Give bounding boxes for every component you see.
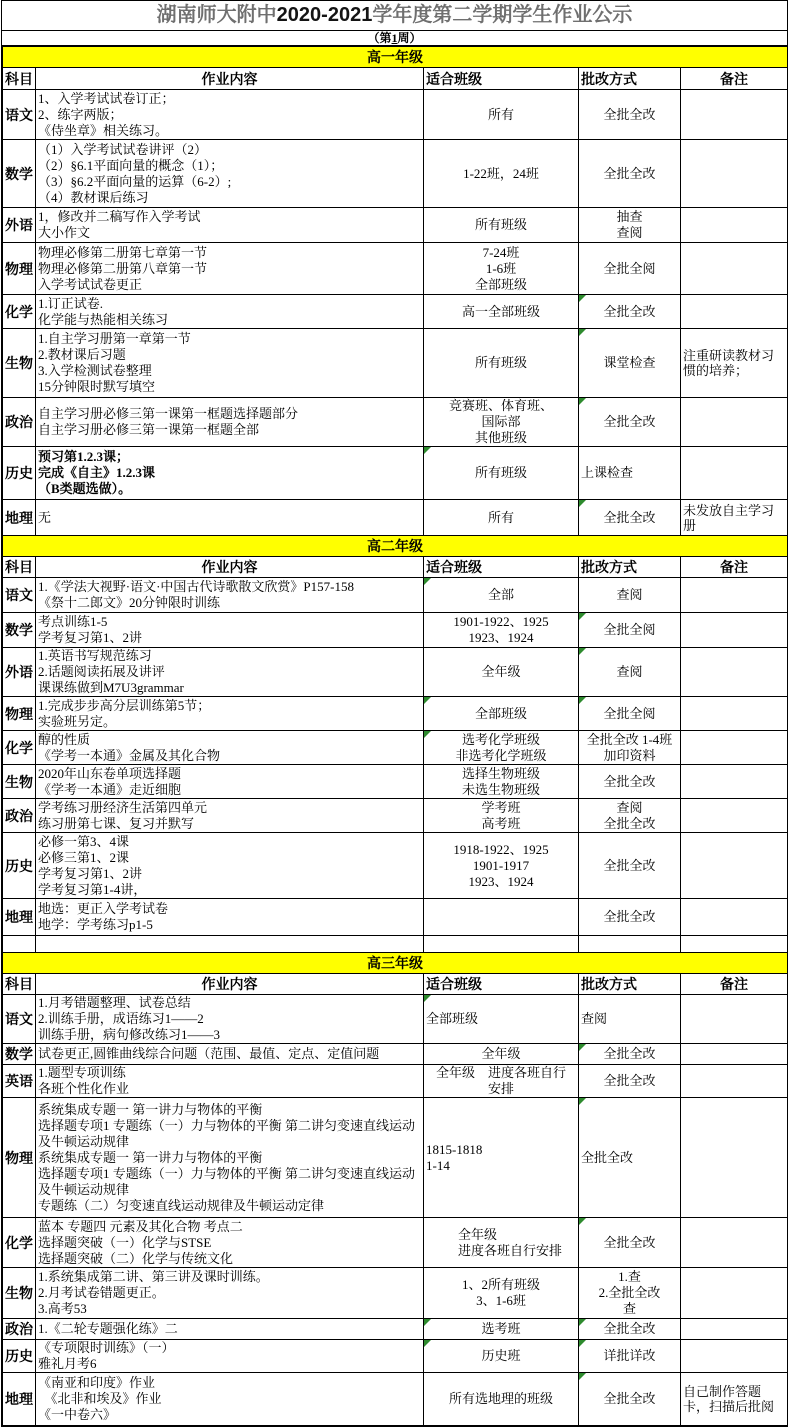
cell-flag-triangle-icon bbox=[579, 697, 586, 704]
applicable-classes-cell: 全年级 进度各班自行 安排 bbox=[424, 1065, 579, 1098]
column-header-grading: 批改方式 bbox=[579, 68, 681, 90]
applicable-classes-cell: 全部班级 bbox=[424, 995, 579, 1044]
homework-content-cell: （1）入学考试试卷讲评（2） （2）§6.1平面向量的概念（1）； （3）§6.… bbox=[36, 140, 424, 208]
grading-method-cell: 全批全改 bbox=[579, 90, 681, 140]
applicable-classes-cell: 1901-1922、1925 1923、1924 bbox=[424, 613, 579, 648]
remark-cell bbox=[681, 648, 788, 697]
table-row: 物理系统集成专题一 第一讲力与物体的平衡 选择题专项1 专题练（一）力与物体的平… bbox=[3, 1098, 788, 1218]
grading-method-cell: 课堂检查 bbox=[579, 329, 681, 398]
table-row: 语文1、入学考试试卷订正； 2、练字两版； 《侍坐章》相关练习。所有全批全改 bbox=[3, 90, 788, 140]
table-row: 生物1.自主学习册第一章第一节 2.教材课后习题 3.入学检测试卷整理 15分钟… bbox=[3, 329, 788, 398]
cell-flag-triangle-icon bbox=[579, 1319, 586, 1326]
cell-flag-triangle-icon bbox=[579, 500, 586, 507]
homework-content-cell: 自主学习册必修三第一课第一框题选择题部分 自主学习册必修三第一课第一框题全部 bbox=[36, 398, 424, 447]
homework-content-cell: 1.订正试卷. 化学能与热能相关练习 bbox=[36, 295, 424, 329]
applicable-classes-cell: 历史班 bbox=[424, 1340, 579, 1373]
homework-content-cell: 1.题型专项训练 各班个性化作业 bbox=[36, 1065, 424, 1098]
column-header-subject: 科目 bbox=[3, 974, 36, 995]
subject-cell: 化学 bbox=[3, 1218, 36, 1268]
subject-cell: 外语 bbox=[3, 208, 36, 243]
subject-cell: 生物 bbox=[3, 329, 36, 398]
applicable-classes-cell: 选择生物班级 未选生物班级 bbox=[424, 765, 579, 799]
grading-method-cell: 全批全改 bbox=[579, 1098, 681, 1218]
remark-cell bbox=[681, 90, 788, 140]
applicable-classes-cell: 所有班级 bbox=[424, 447, 579, 500]
grading-method-cell: 全批全改 bbox=[579, 1065, 681, 1098]
remark-cell bbox=[681, 1044, 788, 1065]
remark-cell bbox=[681, 1340, 788, 1373]
grading-method-cell: 上课检查 bbox=[579, 447, 681, 500]
subject-cell: 地理 bbox=[3, 1373, 36, 1426]
applicable-classes-cell: 全年级 bbox=[424, 648, 579, 697]
title-year: 2020-2021 bbox=[277, 4, 373, 26]
applicable-classes-cell: 1918-1922、1925 1901-1917 1923、1924 bbox=[424, 833, 579, 899]
homework-content-cell: 1.《二轮专题强化练》二 bbox=[36, 1319, 424, 1340]
grading-method-cell: 详批详改 bbox=[579, 1340, 681, 1373]
subject-cell: 生物 bbox=[3, 1268, 36, 1319]
grading-method-cell: 查阅 bbox=[579, 995, 681, 1044]
grading-method-cell: 全批全改 bbox=[579, 1218, 681, 1268]
subject-cell bbox=[3, 936, 36, 953]
subject-cell: 数学 bbox=[3, 613, 36, 648]
remark-cell bbox=[681, 995, 788, 1044]
column-header-classes: 适合班级 bbox=[424, 68, 579, 90]
grading-method-cell: 全批全改 bbox=[579, 295, 681, 329]
table-row: 政治自主学习册必修三第一课第一框题选择题部分 自主学习册必修三第一课第一框题全部… bbox=[3, 398, 788, 447]
homework-content-cell: 物理必修第二册第七章第一节 物理必修第二册第八章第一节 入学考试试卷更正 bbox=[36, 243, 424, 295]
column-header-classes: 适合班级 bbox=[424, 557, 579, 578]
remark-cell bbox=[681, 295, 788, 329]
grading-method-cell: 全批全改 bbox=[579, 1319, 681, 1340]
subject-cell: 语文 bbox=[3, 995, 36, 1044]
table-row: 化学1.订正试卷. 化学能与热能相关练习高一全部班级全批全改 bbox=[3, 295, 788, 329]
applicable-classes-cell: 所有 bbox=[424, 90, 579, 140]
section-title: 高三年级 bbox=[3, 953, 788, 974]
homework-content-cell: 无 bbox=[36, 500, 424, 536]
homework-content-cell: 系统集成专题一 第一讲力与物体的平衡 选择题专项1 专题练（一）力与物体的平衡 … bbox=[36, 1098, 424, 1218]
cell-flag-triangle-icon bbox=[579, 1044, 586, 1051]
subject-cell: 政治 bbox=[3, 398, 36, 447]
grading-method-cell: 全批全改 bbox=[579, 398, 681, 447]
applicable-classes-cell: 所有班级 bbox=[424, 208, 579, 243]
cell-flag-triangle-icon bbox=[579, 613, 586, 620]
table-row: 英语1.题型专项训练 各班个性化作业全年级 进度各班自行 安排全批全改 bbox=[3, 1065, 788, 1098]
subject-cell: 外语 bbox=[3, 648, 36, 697]
homework-content-cell: 1、入学考试试卷订正； 2、练字两版； 《侍坐章》相关练习。 bbox=[36, 90, 424, 140]
cell-flag-triangle-icon bbox=[579, 1340, 586, 1347]
page-title: 湖南师大附中2020-2021学年度第二学期学生作业公示 bbox=[2, 1, 787, 31]
remark-cell: 自己制作答题卡，扫描后批阅 bbox=[681, 1373, 788, 1426]
remark-cell bbox=[681, 1319, 788, 1340]
subject-cell: 化学 bbox=[3, 731, 36, 765]
subject-cell: 历史 bbox=[3, 1340, 36, 1373]
homework-content-cell: 预习第1.2.3课； 完成《自主》1.2.3课 （B类题选做）。 bbox=[36, 447, 424, 500]
subject-cell: 物理 bbox=[3, 243, 36, 295]
applicable-classes-cell: 选考班 bbox=[424, 1319, 579, 1340]
title-suffix: 学年度第二学期学生作业公示 bbox=[372, 4, 632, 26]
applicable-classes-cell: 全部班级 bbox=[424, 697, 579, 731]
column-header-note: 备注 bbox=[681, 974, 788, 995]
homework-content-cell bbox=[36, 936, 424, 953]
grading-method-cell: 全批全阅 bbox=[579, 697, 681, 731]
applicable-classes-cell: 学考班 高考班 bbox=[424, 799, 579, 833]
homework-content-cell: 1.系统集成第二讲、第三讲及课时训练。 2.月考试卷错题更正。 3.高考53 bbox=[36, 1268, 424, 1319]
grading-method-cell: 1.查 2.全批全改 查 bbox=[579, 1268, 681, 1319]
remark-cell bbox=[681, 613, 788, 648]
subject-cell: 政治 bbox=[3, 799, 36, 833]
remark-cell bbox=[681, 1065, 788, 1098]
grading-method-cell: 全批全改 1-4班 加印资料 bbox=[579, 731, 681, 765]
cell-flag-triangle-icon bbox=[579, 295, 586, 302]
table-row: 历史《专项限时训练》（一） 雅礼月考6历史班详批详改 bbox=[3, 1340, 788, 1373]
subject-cell: 政治 bbox=[3, 1319, 36, 1340]
section-title: 高一年级 bbox=[3, 47, 788, 68]
subject-cell: 数学 bbox=[3, 1044, 36, 1065]
homework-content-cell: 《南亚和印度》作业 《北非和埃及》作业 《一中卷六》 bbox=[36, 1373, 424, 1426]
remark-cell bbox=[681, 140, 788, 208]
table-row: 政治学考练习册经济生活第四单元 练习册第七课、复习并默写学考班 高考班查阅 全批… bbox=[3, 799, 788, 833]
subject-cell: 地理 bbox=[3, 500, 36, 536]
applicable-classes-cell: 全部 bbox=[424, 578, 579, 613]
remark-cell bbox=[681, 731, 788, 765]
remark-cell bbox=[681, 398, 788, 447]
applicable-classes-cell: 高一全部班级 bbox=[424, 295, 579, 329]
column-header-note: 备注 bbox=[681, 557, 788, 578]
homework-content-cell: 1.自主学习册第一章第一节 2.教材课后习题 3.入学检测试卷整理 15分钟限时… bbox=[36, 329, 424, 398]
remark-cell bbox=[681, 936, 788, 953]
table-row: 语文1.《学法大视野·语文·中国古代诗歌散文欣赏》P157-158 《祭十二郎文… bbox=[3, 578, 788, 613]
table-row: 物理1.完成步步高分层训练第5节； 实验班另定。全部班级全批全阅 bbox=[3, 697, 788, 731]
remark-cell bbox=[681, 899, 788, 936]
column-header-grading: 批改方式 bbox=[579, 557, 681, 578]
homework-content-cell: 1.月考错题整理、试卷总结 2.训练手册，成语练习1——2 训练手册，病句修改练… bbox=[36, 995, 424, 1044]
table-row: 地理无所有全批全改未发放自主学习册 bbox=[3, 500, 788, 536]
grading-method-cell: 查阅 bbox=[579, 578, 681, 613]
grading-method-cell: 全批全改 bbox=[579, 1373, 681, 1426]
cell-flag-triangle-icon bbox=[579, 1098, 586, 1105]
remark-cell bbox=[681, 1218, 788, 1268]
remark-cell: 注重研读教材习惯的培养； bbox=[681, 329, 788, 398]
homework-content-cell: 考点训练1-5 学考复习第1、2讲 bbox=[36, 613, 424, 648]
applicable-classes-cell: 所有班级 bbox=[424, 329, 579, 398]
subject-cell: 语文 bbox=[3, 578, 36, 613]
cell-flag-triangle-icon bbox=[424, 578, 431, 585]
grading-method-cell: 全批全改 bbox=[579, 899, 681, 936]
applicable-classes-cell bbox=[424, 936, 579, 953]
column-header-content: 作业内容 bbox=[36, 68, 424, 90]
remark-cell bbox=[681, 833, 788, 899]
remark-cell bbox=[681, 208, 788, 243]
table-row: 生物1.系统集成第二讲、第三讲及课时训练。 2.月考试卷错题更正。 3.高考53… bbox=[3, 1268, 788, 1319]
title-prefix: 湖南师大附中 bbox=[157, 4, 277, 26]
homework-content-cell: 2020年山东卷单项选择题 《学考一本通》走近细胞 bbox=[36, 765, 424, 799]
homework-content-cell: 蓝本 专题四 元素及其化合物 考点二 选择题突破（一）化学与STSE 选择题突破… bbox=[36, 1218, 424, 1268]
column-header-classes: 适合班级 bbox=[424, 974, 579, 995]
subject-cell: 英语 bbox=[3, 1065, 36, 1098]
subject-cell: 历史 bbox=[3, 833, 36, 899]
table-row: 历史预习第1.2.3课； 完成《自主》1.2.3课 （B类题选做）。所有班级上课… bbox=[3, 447, 788, 500]
grading-method-cell: 全批全改 bbox=[579, 1044, 681, 1065]
remark-cell bbox=[681, 1098, 788, 1218]
grading-method-cell: 全批全改 bbox=[579, 833, 681, 899]
remark-cell bbox=[681, 1268, 788, 1319]
grading-method-cell: 全批全阅 bbox=[579, 613, 681, 648]
worksheet: 湖南师大附中2020-2021学年度第二学期学生作业公示 （第1周） 高一年级科… bbox=[1, 0, 788, 1427]
subject-cell: 历史 bbox=[3, 447, 36, 500]
cell-flag-triangle-icon bbox=[424, 697, 431, 704]
applicable-classes-cell: 竞赛班、体育班、 国际部 其他班级 bbox=[424, 398, 579, 447]
table-row: 地理地选：更正入学考试卷 地学：学考练习p1-5全批全改 bbox=[3, 899, 788, 936]
column-header-note: 备注 bbox=[681, 68, 788, 90]
applicable-classes-cell bbox=[424, 899, 579, 936]
homework-table: 高一年级科目作业内容适合班级批改方式备注语文1、入学考试试卷订正； 2、练字两版… bbox=[2, 46, 788, 1426]
grading-method-cell: 全批全改 bbox=[579, 500, 681, 536]
column-header-grading: 批改方式 bbox=[579, 974, 681, 995]
table-row: 政治1.《二轮专题强化练》二选考班全批全改 bbox=[3, 1319, 788, 1340]
cell-flag-triangle-icon bbox=[424, 447, 431, 454]
subject-cell: 数学 bbox=[3, 140, 36, 208]
cell-flag-triangle-icon bbox=[579, 1373, 586, 1380]
grading-method-cell bbox=[579, 936, 681, 953]
remark-cell bbox=[681, 243, 788, 295]
homework-content-cell: 试卷更正,圆锥曲线综合问题（范围、最值、定点、定值问题 bbox=[36, 1044, 424, 1065]
grading-method-cell: 抽查 查阅 bbox=[579, 208, 681, 243]
homework-content-cell: 地选：更正入学考试卷 地学：学考练习p1-5 bbox=[36, 899, 424, 936]
column-header-subject: 科目 bbox=[3, 557, 36, 578]
cell-flag-triangle-icon bbox=[579, 1218, 586, 1225]
remark-cell bbox=[681, 799, 788, 833]
column-header-content: 作业内容 bbox=[36, 974, 424, 995]
table-row: 历史必修一第3、4课 必修三第1、2课 学考复习第1、2讲 学考复习第1-4讲，… bbox=[3, 833, 788, 899]
column-header-subject: 科目 bbox=[3, 68, 36, 90]
applicable-classes-cell: 选考化学班级 非选考化学班级 bbox=[424, 731, 579, 765]
table-row: 外语1.英语书写规范练习 2.话题阅读拓展及讲评 课课练做到M7U3gramma… bbox=[3, 648, 788, 697]
applicable-classes-cell: 所有 bbox=[424, 500, 579, 536]
applicable-classes-cell: 全年级 进度各班自行安排 bbox=[424, 1218, 579, 1268]
table-row: 数学考点训练1-5 学考复习第1、2讲1901-1922、1925 1923、1… bbox=[3, 613, 788, 648]
subject-cell: 化学 bbox=[3, 295, 36, 329]
homework-content-cell: 《专项限时训练》（一） 雅礼月考6 bbox=[36, 1340, 424, 1373]
grading-method-cell: 查阅 bbox=[579, 648, 681, 697]
applicable-classes-cell: 全年级 bbox=[424, 1044, 579, 1065]
table-row: 生物2020年山东卷单项选择题 《学考一本通》走近细胞选择生物班级 未选生物班级… bbox=[3, 765, 788, 799]
grading-method-cell: 全批全阅 bbox=[579, 243, 681, 295]
column-header-content: 作业内容 bbox=[36, 557, 424, 578]
table-row: 化学蓝本 专题四 元素及其化合物 考点二 选择题突破（一）化学与STSE 选择题… bbox=[3, 1218, 788, 1268]
applicable-classes-cell: 7-24班 1-6班 全部班级 bbox=[424, 243, 579, 295]
section-title: 高二年级 bbox=[3, 536, 788, 557]
cell-flag-triangle-icon bbox=[424, 995, 431, 1002]
cell-flag-triangle-icon bbox=[424, 731, 431, 738]
table-row: 语文1.月考错题整理、试卷总结 2.训练手册，成语练习1——2 训练手册，病句修… bbox=[3, 995, 788, 1044]
subject-cell: 地理 bbox=[3, 899, 36, 936]
remark-cell bbox=[681, 447, 788, 500]
homework-content-cell: 1，修改并二稿写作入学考试 大小作文 bbox=[36, 208, 424, 243]
subject-cell: 语文 bbox=[3, 90, 36, 140]
grading-method-cell: 查阅 全批全改 bbox=[579, 799, 681, 833]
subject-cell: 物理 bbox=[3, 697, 36, 731]
table-row: 化学醇的性质 《学考一本通》金属及其化合物选考化学班级 非选考化学班级全批全改 … bbox=[3, 731, 788, 765]
homework-content-cell: 1.英语书写规范练习 2.话题阅读拓展及讲评 课课练做到M7U3grammar bbox=[36, 648, 424, 697]
table-row: 物理物理必修第二册第七章第一节 物理必修第二册第八章第一节 入学考试试卷更正7-… bbox=[3, 243, 788, 295]
remark-cell: 未发放自主学习册 bbox=[681, 500, 788, 536]
cell-flag-triangle-icon bbox=[424, 1340, 431, 1347]
applicable-classes-cell: 1、2所有班级 3、1-6班 bbox=[424, 1268, 579, 1319]
table-row: 地理《南亚和印度》作业 《北非和埃及》作业 《一中卷六》所有选地理的班级全批全改… bbox=[3, 1373, 788, 1426]
cell-flag-triangle-icon bbox=[579, 398, 586, 405]
grading-method-cell: 全批全改 bbox=[579, 140, 681, 208]
applicable-classes-cell: 所有选地理的班级 bbox=[424, 1373, 579, 1426]
homework-content-cell: 学考练习册经济生活第四单元 练习册第七课、复习并默写 bbox=[36, 799, 424, 833]
subject-cell: 物理 bbox=[3, 1098, 36, 1218]
table-row: 数学试卷更正,圆锥曲线综合问题（范围、最值、定点、定值问题全年级全批全改 bbox=[3, 1044, 788, 1065]
homework-content-cell: 必修一第3、4课 必修三第1、2课 学考复习第1、2讲 学考复习第1-4讲， bbox=[36, 833, 424, 899]
homework-content-cell: 醇的性质 《学考一本通》金属及其化合物 bbox=[36, 731, 424, 765]
cell-flag-triangle-icon bbox=[579, 329, 586, 336]
homework-content-cell: 1.《学法大视野·语文·中国古代诗歌散文欣赏》P157-158 《祭十二郎文》2… bbox=[36, 578, 424, 613]
cell-flag-triangle-icon bbox=[424, 1319, 431, 1326]
applicable-classes-cell: 1-22班，24班 bbox=[424, 140, 579, 208]
subject-cell: 生物 bbox=[3, 765, 36, 799]
table-row: 外语1，修改并二稿写作入学考试 大小作文所有班级抽查 查阅 bbox=[3, 208, 788, 243]
applicable-classes-cell: 1815-1818 1-14 bbox=[424, 1098, 579, 1218]
grading-method-cell: 全批全改 bbox=[579, 765, 681, 799]
table-row bbox=[3, 936, 788, 953]
homework-content-cell: 1.完成步步高分层训练第5节； 实验班另定。 bbox=[36, 697, 424, 731]
page-subtitle: （第1周） bbox=[2, 31, 787, 46]
remark-cell bbox=[681, 765, 788, 799]
remark-cell bbox=[681, 697, 788, 731]
remark-cell bbox=[681, 578, 788, 613]
cell-flag-triangle-icon bbox=[579, 648, 586, 655]
table-row: 数学（1）入学考试试卷讲评（2） （2）§6.1平面向量的概念（1）； （3）§… bbox=[3, 140, 788, 208]
